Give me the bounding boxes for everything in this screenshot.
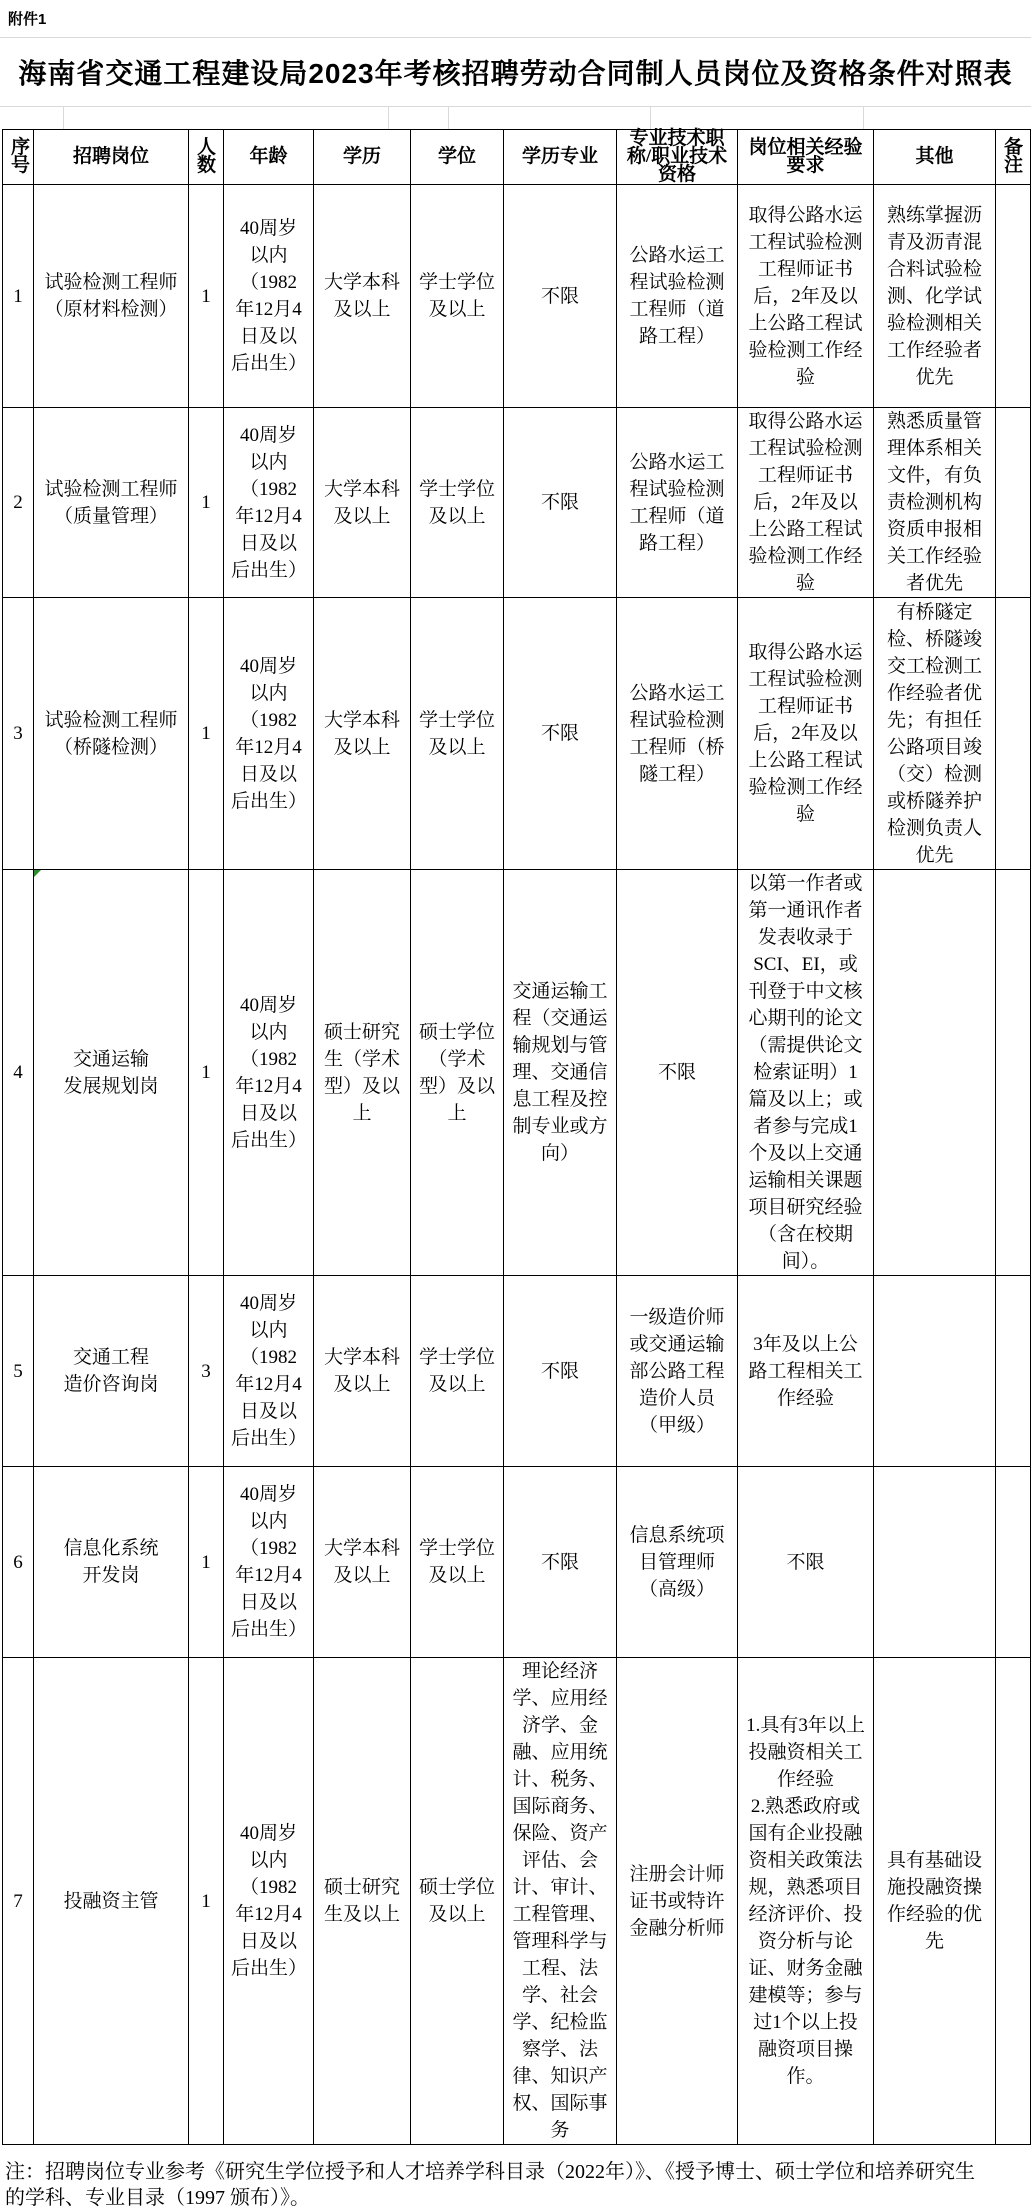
cell-seq: 3 (3, 598, 34, 870)
cell-remark (996, 408, 1031, 598)
cell-remark (996, 1467, 1031, 1658)
cell-qualification: 注册会计师证书或特许金融分析师 (617, 1658, 738, 2145)
cell-major: 交通运输工程（交通运输规划与管理、交通信息工程及控制专业或方向） (504, 870, 617, 1276)
cell-age: 40周岁以内（1982年12月4日及以后出生） (224, 1658, 314, 2145)
cell-age: 40周岁以内（1982年12月4日及以后出生） (224, 408, 314, 598)
attachment-row: 附件1 (0, 0, 1031, 37)
cell-education: 大学本科及以上 (314, 1276, 411, 1467)
table-body: 1试验检测工程师（原材料检测）140周岁以内（1982年12月4日及以后出生）大… (3, 185, 1031, 2145)
cell-count: 1 (189, 870, 224, 1276)
cell-position: 投融资主管 (34, 1658, 189, 2145)
table-row: 7投融资主管140周岁以内（1982年12月4日及以后出生）硕士研究生及以上硕士… (3, 1658, 1031, 2145)
cell-degree: 学士学位及以上 (411, 1467, 504, 1658)
cell-position: 交通运输 发展规划岗 (34, 870, 189, 1276)
header-cell-age: 年龄 (224, 130, 314, 185)
gridline (388, 107, 389, 129)
cell-experience: 不限 (738, 1467, 874, 1658)
gridline (448, 107, 449, 129)
grid-spacer-row (0, 106, 1031, 129)
cell-education: 硕士研究生及以上 (314, 1658, 411, 2145)
cell-count: 1 (189, 1658, 224, 2145)
header-cell-remark: 备注 (996, 130, 1031, 185)
cell-major: 不限 (504, 408, 617, 598)
cell-other: 熟悉质量管理体系相关文件，有负责检测机构资质申报相关工作经验者优先 (874, 408, 996, 598)
header-cell-seq: 序号 (3, 130, 34, 185)
cell-qualification: 公路水运工程试验检测工程师（道路工程） (617, 408, 738, 598)
cell-count: 1 (189, 598, 224, 870)
cell-seq: 6 (3, 1467, 34, 1658)
cell-qualification: 不限 (617, 870, 738, 1276)
table-header: 序号招聘岗位人数年龄学历学位学历专业专业技术职称/职业技术资格岗位相关经验要求其… (3, 130, 1031, 185)
cell-remark (996, 598, 1031, 870)
cell-other: 有桥隧定检、桥隧竣交工检测工作经验者优先；有担任公路项目竣（交）检测或桥隧养护检… (874, 598, 996, 870)
table-row: 2试验检测工程师（质量管理）140周岁以内（1982年12月4日及以后出生）大学… (3, 408, 1031, 598)
cell-education: 硕士研究生（学术型）及以上 (314, 870, 411, 1276)
cell-experience: 1.具有3年以上投融资相关工作经验 2.熟悉政府或国有企业投融资相关政策法规，熟… (738, 1658, 874, 2145)
footnote: 注：招聘岗位专业参考《研究生学位授予和人才培养学科目录（2022年）》、《授予博… (0, 2159, 985, 2211)
table-row: 6信息化系统 开发岗140周岁以内（1982年12月4日及以后出生）大学本科及以… (3, 1467, 1031, 1658)
cell-qualification: 一级造价师或交通运输部公路工程造价人员（甲级） (617, 1276, 738, 1467)
cell-age: 40周岁以内（1982年12月4日及以后出生） (224, 870, 314, 1276)
gridline (650, 107, 651, 129)
cell-position: 试验检测工程师（桥隧检测） (34, 598, 189, 870)
table-row: 5交通工程 造价咨询岗340周岁以内（1982年12月4日及以后出生）大学本科及… (3, 1276, 1031, 1467)
cell-experience: 取得公路水运工程试验检测工程师证书后，2年及以上公路工程试验检测工作经验 (738, 185, 874, 408)
header-cell-major: 学历专业 (504, 130, 617, 185)
header-cell-degree: 学位 (411, 130, 504, 185)
header-cell-other: 其他 (874, 130, 996, 185)
cell-experience: 取得公路水运工程试验检测工程师证书后，2年及以上公路工程试验检测工作经验 (738, 598, 874, 870)
cell-qualification: 公路水运工程试验检测工程师（桥隧工程） (617, 598, 738, 870)
cell-education: 大学本科及以上 (314, 185, 411, 408)
cell-age: 40周岁以内（1982年12月4日及以后出生） (224, 185, 314, 408)
cell-degree: 硕士学位（学术型）及以上 (411, 870, 504, 1276)
cell-major: 不限 (504, 1467, 617, 1658)
cell-degree: 学士学位及以上 (411, 408, 504, 598)
cell-education: 大学本科及以上 (314, 1467, 411, 1658)
job-positions-table: 序号招聘岗位人数年龄学历学位学历专业专业技术职称/职业技术资格岗位相关经验要求其… (2, 129, 1031, 2145)
table-row: 1试验检测工程师（原材料检测）140周岁以内（1982年12月4日及以后出生）大… (3, 185, 1031, 408)
cell-position: 试验检测工程师（质量管理） (34, 408, 189, 598)
cell-major: 理论经济学、应用经济学、金融、应用统计、税务、国际商务、保险、资产评估、会计、审… (504, 1658, 617, 2145)
cell-position: 信息化系统 开发岗 (34, 1467, 189, 1658)
cell-experience: 取得公路水运工程试验检测工程师证书后，2年及以上公路工程试验检测工作经验 (738, 408, 874, 598)
cell-degree: 学士学位及以上 (411, 185, 504, 408)
cell-experience: 3年及以上公路工程相关工作经验 (738, 1276, 874, 1467)
cell-education: 大学本科及以上 (314, 598, 411, 870)
gridline (863, 107, 864, 129)
cell-remark (996, 185, 1031, 408)
cell-remark (996, 1276, 1031, 1467)
cell-flag-triangle (34, 870, 41, 877)
cell-qualification: 信息系统项目管理师（高级） (617, 1467, 738, 1658)
cell-seq: 7 (3, 1658, 34, 2145)
cell-seq: 2 (3, 408, 34, 598)
header-cell-qualification: 专业技术职称/职业技术资格 (617, 130, 738, 185)
cell-remark (996, 1658, 1031, 2145)
cell-other (874, 1276, 996, 1467)
cell-major: 不限 (504, 598, 617, 870)
cell-qualification: 公路水运工程试验检测工程师（道路工程） (617, 185, 738, 408)
table-row: 3试验检测工程师（桥隧检测）140周岁以内（1982年12月4日及以后出生）大学… (3, 598, 1031, 870)
cell-education: 大学本科及以上 (314, 408, 411, 598)
cell-other: 具有基础设施投融资操作经验的优先 (874, 1658, 996, 2145)
cell-degree: 学士学位及以上 (411, 1276, 504, 1467)
cell-other (874, 870, 996, 1276)
header-cell-position: 招聘岗位 (34, 130, 189, 185)
cell-major: 不限 (504, 1276, 617, 1467)
cell-count: 1 (189, 185, 224, 408)
cell-count: 1 (189, 1467, 224, 1658)
cell-degree: 硕士学位及以上 (411, 1658, 504, 2145)
gridline (63, 107, 64, 129)
cell-seq: 5 (3, 1276, 34, 1467)
cell-degree: 学士学位及以上 (411, 598, 504, 870)
header-cell-education: 学历 (314, 130, 411, 185)
cell-position: 交通工程 造价咨询岗 (34, 1276, 189, 1467)
title-row: 海南省交通工程建设局2023年考核招聘劳动合同制人员岗位及资格条件对照表 (0, 37, 1031, 106)
document-page: 附件1 海南省交通工程建设局2023年考核招聘劳动合同制人员岗位及资格条件对照表… (0, 0, 1031, 2211)
cell-other: 熟练掌握沥青及沥青混合料试验检测、化学试验检测相关工作经验者优先 (874, 185, 996, 408)
cell-seq: 1 (3, 185, 34, 408)
cell-other (874, 1467, 996, 1658)
cell-age: 40周岁以内（1982年12月4日及以后出生） (224, 1467, 314, 1658)
header-row: 序号招聘岗位人数年龄学历学位学历专业专业技术职称/职业技术资格岗位相关经验要求其… (3, 130, 1031, 185)
header-cell-experience: 岗位相关经验要求 (738, 130, 874, 185)
cell-age: 40周岁以内（1982年12月4日及以后出生） (224, 598, 314, 870)
cell-remark (996, 870, 1031, 1276)
attachment-label: 附件1 (8, 8, 46, 29)
cell-major: 不限 (504, 185, 617, 408)
cell-age: 40周岁以内（1982年12月4日及以后出生） (224, 1276, 314, 1467)
table-row: 4交通运输 发展规划岗140周岁以内（1982年12月4日及以后出生）硕士研究生… (3, 870, 1031, 1276)
cell-position: 试验检测工程师（原材料检测） (34, 185, 189, 408)
cell-seq: 4 (3, 870, 34, 1276)
cell-count: 1 (189, 408, 224, 598)
page-title: 海南省交通工程建设局2023年考核招聘劳动合同制人员岗位及资格条件对照表 (18, 52, 1012, 92)
cell-count: 3 (189, 1276, 224, 1467)
cell-experience: 以第一作者或第一通讯作者发表收录于SCI、EI，或刊登于中文核心期刊的论文（需提… (738, 870, 874, 1276)
header-cell-count: 人数 (189, 130, 224, 185)
